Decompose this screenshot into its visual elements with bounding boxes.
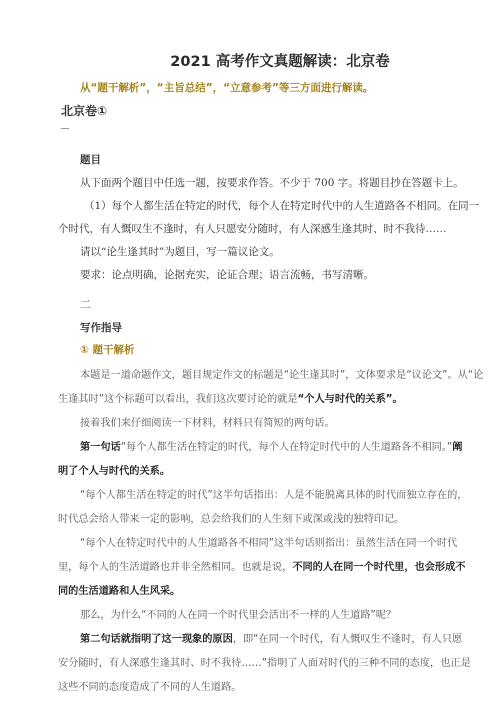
paragraph-line: “每个人在特定时代中的人生道路各不相同”这半句话则指出：虽然生活在同一个时代 [80, 534, 457, 549]
text-plain: 里，每个人的生活道路也并非全然相同。也就是说， [58, 562, 292, 573]
paragraph-line: 生逢其时”这个标题可以看出，我们这次要讨论的就是“个人与时代的关系”。 [58, 390, 403, 405]
part-two-heading: 写作指导 [80, 320, 122, 335]
paragraph-line: 明了个人与时代的关系。 [58, 462, 170, 477]
paragraph-line: 第一句话“每个人都生活在特定的时代，每个人在特定时代中的人生道路各不相同。”阐 [80, 438, 462, 453]
subheading-topic-analysis: ① 题干解析 [80, 342, 135, 357]
text-bold: 第二句话就指明了这一现象的原因 [80, 634, 233, 645]
paragraph-line: 这些不同的态度造成了不同的人生道路。 [58, 678, 241, 693]
prompt-line: 要求：论点明确，论据充实，论证合理；语言流畅，书写清晰。 [80, 267, 374, 282]
text-plain: 生逢其时”这个标题可以看出，我们这次要讨论的就是 [58, 394, 298, 405]
paragraph-line: 第二句话就指明了这一现象的原因，即“在同一个时代，有人慨叹生不逢时，有人只愿 [80, 630, 462, 645]
document-subtitle: 从“题干解析”，“主旨总结”，“立意参考”等三方面进行解读。 [80, 80, 373, 95]
text-bold: 阐 [452, 442, 462, 453]
part-one-marker [61, 128, 69, 129]
section-label: 北京卷① [61, 102, 107, 119]
text-bold: 不同的人在同一个时代里，也会形成不 [292, 562, 465, 573]
paragraph-line: 安分随时，有人深感生逢其时、时不我待……”指明了人面对时代的三种不同的态度，也正… [58, 654, 471, 669]
part-one-heading: 题目 [80, 152, 101, 167]
paragraph-line: 里，每个人的生活道路也并非全然相同。也就是说，不同的人在同一个时代里，也会形成不 [58, 558, 466, 573]
prompt-line: 从下面两个题目中任选一题，按要求作答。不少于 700 字。将题目抄在答题卡上。 [80, 175, 464, 190]
paragraph-line: 同的生活道路和人生风采。 [58, 582, 180, 597]
text-bold: 第一句话 [80, 442, 121, 453]
prompt-line: 个时代，有人慨叹生不逢时，有人只愿安分随时，有人深感生逢其时、时不我待…… [58, 221, 447, 236]
paragraph-line: 接着我们来仔细阅读一下材料，材料只有简短的两句话。 [80, 414, 335, 429]
paragraph-line: 那么，为什么“不同的人在同一个时代里会活出不一样的人生道路”呢？ [80, 606, 396, 621]
document-title: 2021 高考作文真题解读：北京卷 [0, 50, 500, 71]
text-plain: “每个人都生活在特定的时代，每个人在特定时代中的人生道路各不相同。” [121, 442, 452, 453]
part-two-marker: 二 [80, 296, 91, 312]
prompt-line: （1）每个人都生活在特定的时代，每个人在特定时代中的人生道路各不相同。在同一 [84, 198, 479, 213]
prompt-line: 请以“论生逢其时”为题目，写一篇议论文。 [80, 244, 280, 259]
text-bold: “个人与时代的关系”。 [298, 394, 403, 405]
paragraph-line: 本题是一道命题作文，题目规定作文的标题是“论生逢其时”，文体要求是“议论文”。从… [80, 366, 483, 381]
paragraph-line: “每个人都生活在特定的时代”这半句话指出：人是不能脱离具体的时代而独立存在的， [80, 486, 468, 501]
text-plain: ，即“在同一个时代，有人慨叹生不逢时，有人只愿 [233, 634, 462, 645]
paragraph-line: 时代总会给人带来一定的影响，总会给我们的人生刻下或深或浅的独特印记。 [58, 510, 404, 525]
